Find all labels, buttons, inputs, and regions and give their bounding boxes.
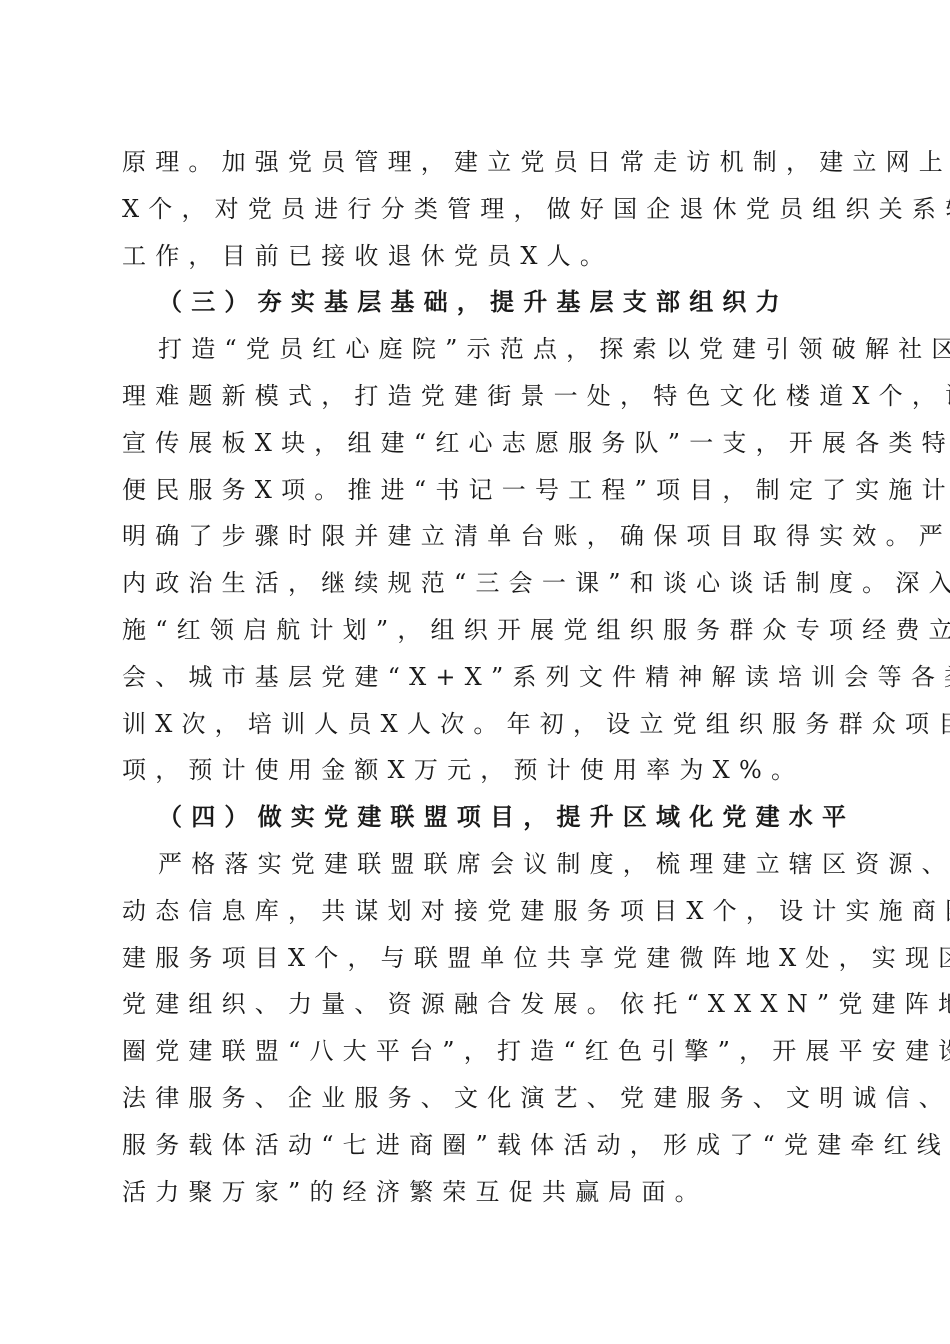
body-line: 项，预计使用金额X万元，预计使用率为X%。 [122, 747, 826, 794]
paragraph-first-line: 打造“党员红心庭院”示范点，探索以党建引领破解社区治 [122, 326, 826, 373]
body-line: 建服务项目X个，与联盟单位共享党建微阵地X处，实现区域 [122, 935, 826, 982]
section-heading-3: （三）夯实基层基础，提升基层支部组织力 [122, 279, 826, 326]
document-page: 原理。加强党员管理，建立党员日常走访机制，建立网上支部 X个，对党员进行分类管理… [122, 139, 826, 1215]
body-line: 原理。加强党员管理，建立党员日常走访机制，建立网上支部 [122, 139, 826, 186]
body-line: 动态信息库，共谋划对接党建服务项目X个，设计实施商圈党 [122, 888, 826, 935]
body-line: 理难题新模式，打造党建街景一处，特色文化楼道X个，设立 [122, 373, 826, 420]
body-line: 明确了步骤时限并建立清单台账，确保项目取得实效。严肃党 [122, 513, 826, 560]
section-heading-4: （四）做实党建联盟项目，提升区域化党建水平 [122, 794, 826, 841]
body-line: 施“红领启航计划”，组织开展党组织服务群众专项经费立项 [122, 607, 826, 654]
body-line: 活力聚万家”的经济繁荣互促共赢局面。 [122, 1169, 826, 1216]
body-line: 内政治生活，继续规范“三会一课”和谈心谈话制度。深入实 [122, 560, 826, 607]
body-line: 法律服务、企业服务、文化演艺、党建服务、文明诚信、志愿 [122, 1075, 826, 1122]
body-line: 宣传展板X块，组建“红心志愿服务队”一支，开展各类特色 [122, 420, 826, 467]
body-line: 党建组织、力量、资源融合发展。依托“XXXN”党建阵地和商 [122, 981, 826, 1028]
body-line: 训X次，培训人员X人次。年初，设立党组织服务群众项目X [122, 701, 826, 748]
body-line: 圈党建联盟“八大平台”，打造“红色引擎”，开展平安建设、 [122, 1028, 826, 1075]
body-line: 便民服务X项。推进“书记一号工程”项目，制定了实施计划、 [122, 467, 826, 514]
body-line: X个，对党员进行分类管理，做好国企退休党员组织关系转接 [122, 186, 826, 233]
body-line: 工作，目前已接收退休党员X人。 [122, 233, 826, 280]
body-line: 会、城市基层党建“X+X”系列文件精神解读培训会等各类培 [122, 654, 826, 701]
body-line: 服务载体活动“七进商圈”载体活动，形成了“党建牵红线， [122, 1122, 826, 1169]
paragraph-first-line: 严格落实党建联盟联席会议制度，梳理建立辖区资源、需求 [122, 841, 826, 888]
